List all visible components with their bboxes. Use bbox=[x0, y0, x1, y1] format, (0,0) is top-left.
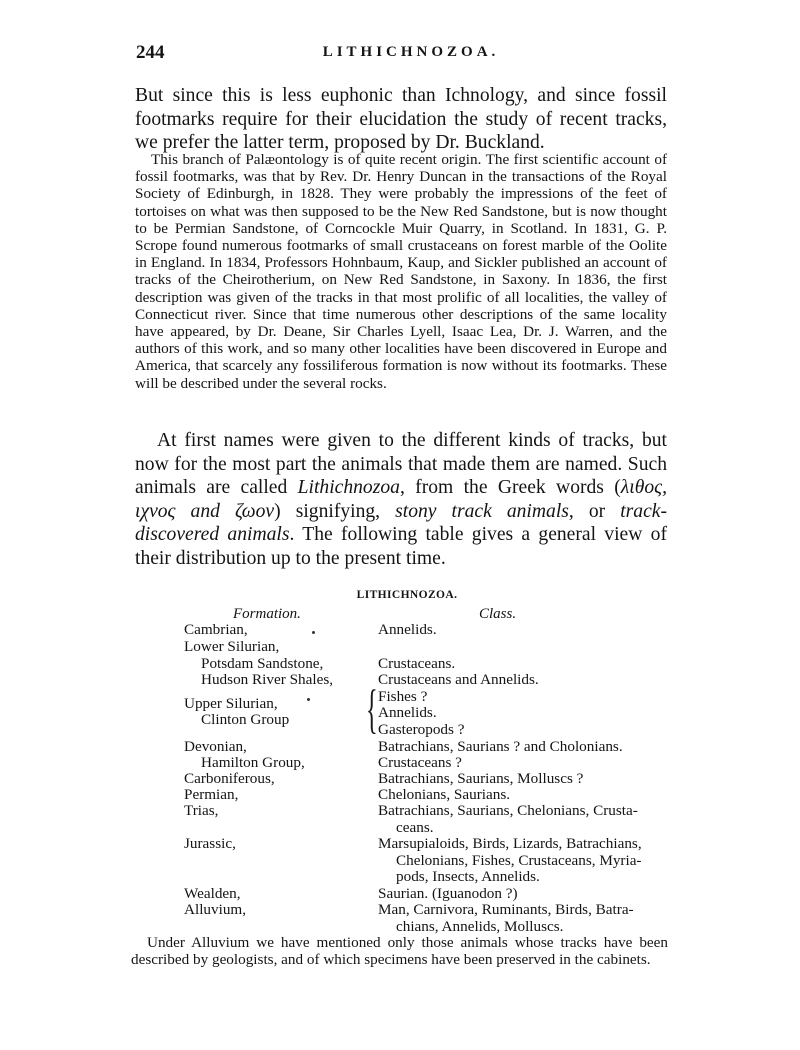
running-title: LITHICHNOZOA. bbox=[136, 44, 676, 61]
class-cell: Annelids. bbox=[378, 622, 668, 639]
formation-cell: Lower Silurian, bbox=[184, 639, 279, 656]
paragraph-names: At first names were given to the differe… bbox=[135, 429, 667, 571]
class-text: Batrachians, Saurians, Chelonians, Crust… bbox=[378, 802, 638, 819]
book-page: 244 LITHICHNOZOA. But since this is less… bbox=[0, 0, 800, 1050]
paragraph-text: , from the Greek words ( bbox=[400, 477, 621, 498]
curly-brace: { bbox=[366, 682, 378, 736]
class-text-continued: ceans. bbox=[378, 820, 668, 837]
print-speck bbox=[307, 698, 310, 701]
class-cell: Batrachians, Saurians, Chelonians, Crust… bbox=[378, 803, 668, 836]
class-text-continued: pods, Insects, Annelids. bbox=[378, 869, 668, 886]
class-text: Man, Carnivora, Ruminants, Birds, Batra- bbox=[378, 901, 634, 918]
paragraph-text: Under Alluvium we have mentioned only th… bbox=[131, 934, 668, 968]
class-cell: Man, Carnivora, Ruminants, Birds, Batra-… bbox=[378, 902, 668, 935]
formation-cell: Trias, bbox=[184, 803, 218, 820]
term-lithichnozoa: Lithichnozoa bbox=[298, 477, 400, 498]
paragraph-intro: But since this is less euphonic than Ich… bbox=[135, 84, 667, 155]
column-header-class: Class. bbox=[479, 606, 516, 623]
paragraph-text: This branch of Palæontology is of quite … bbox=[135, 151, 667, 392]
paragraph-history: This branch of Palæontology is of quite … bbox=[135, 151, 667, 392]
class-cell: Annelids. bbox=[378, 705, 668, 722]
formation-cell: Jurassic, bbox=[184, 836, 236, 853]
class-cell: Marsupialoids, Birds, Lizards, Batrachia… bbox=[378, 836, 668, 886]
table-caption: LITHICHNOZOA. bbox=[135, 589, 667, 601]
paragraph-text: , or bbox=[569, 501, 620, 522]
class-text-continued: chians, Annelids, Molluscs. bbox=[378, 919, 668, 936]
print-speck bbox=[312, 631, 315, 634]
paragraph-text: ) signifying, bbox=[274, 501, 395, 522]
class-text: Marsupialoids, Birds, Lizards, Batrachia… bbox=[378, 835, 642, 852]
formation-cell: Hudson River Shales, bbox=[201, 672, 333, 689]
formation-cell: Cambrian, bbox=[184, 622, 248, 639]
paragraph-alluvium-note: Under Alluvium we have mentioned only th… bbox=[131, 934, 668, 968]
formation-cell: Clinton Group bbox=[201, 712, 289, 729]
running-head: 244 LITHICHNOZOA. bbox=[136, 42, 666, 66]
class-cell: Gasteropods ? bbox=[378, 722, 668, 739]
formation-cell: Alluvium, bbox=[184, 902, 246, 919]
class-text-continued: Chelonians, Fishes, Crustaceans, Myria- bbox=[378, 853, 668, 870]
paragraph-text: But since this is less euphonic than Ich… bbox=[135, 85, 667, 153]
term-stony-track-animals: stony track animals bbox=[395, 501, 569, 522]
class-cell: Crustaceans and Annelids. bbox=[378, 672, 668, 689]
